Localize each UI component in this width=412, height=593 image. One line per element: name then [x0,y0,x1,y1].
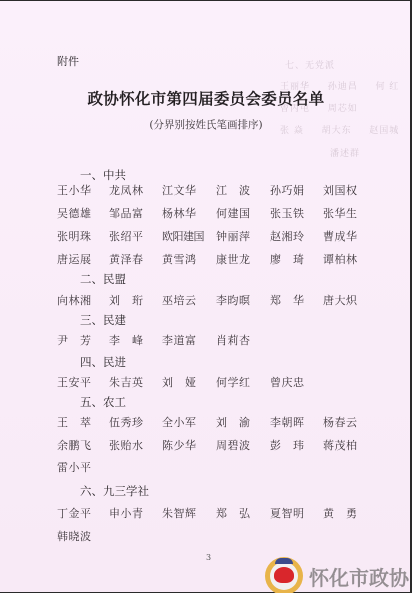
member-name: 陈少华 [162,437,197,453]
page-subtitle: (分界别按姓氏笔画排序) [0,117,412,132]
member-name: 李 峰 [109,332,144,348]
member-name: 郑 华 [270,292,305,308]
member-name: 江文华 [162,182,197,198]
member-name: 彭 玮 [270,437,305,453]
member-name: 廖 琦 [270,251,305,267]
member-name: 蒋茂柏 [323,437,358,453]
name-row: 尹 芳 李 峰 李道富 肖莉杏 [0,332,412,348]
attachment-label: 附件 [57,53,79,69]
member-name: 郑 弘 [216,505,251,521]
member-name: 刘 娅 [162,374,197,390]
scanned-page: 七、无党派 王丽华 孙迪昌 何 红 杨高棠 梁耀平 曾丙屯 周芯如 张 焱 胡大… [0,0,412,593]
name-row: 余鹏飞 张贻水 陈少华 周碧波 彭 玮 蒋茂柏 [0,437,412,453]
member-name: 邹品富 [109,205,144,221]
name-row: 向林湘 刘 珩 巫培云 李昀暝 郑 华 唐大炽 [0,292,412,308]
member-name: 谭柏林 [323,251,358,267]
member-name: 唐运展 [57,251,92,267]
member-name: 申小青 [109,505,144,521]
name-row: 王 萃 伍秀珍 全小军 刘 渝 李朝晖 杨春云 [0,414,412,430]
member-name: 孙巧娟 [270,182,305,198]
member-name: 肖莉杏 [216,332,251,348]
member-name: 张华生 [323,205,358,221]
member-name: 黄雪鸿 [162,251,197,267]
member-name: 余鹏飞 [57,437,92,453]
member-name: 龙凤林 [109,182,144,198]
member-name: 黄 勇 [323,505,358,521]
member-name: 何建国 [216,205,251,221]
member-name: 张玉铁 [270,205,305,221]
emblem-blue-top [275,558,293,564]
member-name: 刘 珩 [109,292,144,308]
member-name: 丁金平 [57,505,92,521]
member-name: 张明珠 [57,228,92,244]
page-title: 政协怀化市第四届委员会委员名单 [0,87,412,109]
section-heading-jiusan: 六、九三学社 [80,483,149,499]
member-name: 全小军 [162,414,197,430]
member-name: 王小华 [57,182,92,198]
member-name: 吴德雄 [57,205,92,221]
member-name: 李道富 [162,332,197,348]
member-name: 伍秀珍 [109,414,144,430]
member-name: 朱智辉 [162,505,197,521]
member-name: 尹 芳 [57,332,92,348]
emblem-red-center [274,567,294,583]
section-heading-minjin: 四、民进 [80,354,126,370]
member-name: 欧阳建国 [162,228,204,244]
name-row: 丁金平 申小青 朱智辉 郑 弘 夏智明 黄 勇 [0,505,412,521]
member-name: 周碧波 [216,437,251,453]
member-name: 何学红 [216,374,251,390]
name-row: 韩晓波 [0,528,412,544]
member-name: 曾庆忠 [270,374,305,390]
section-heading-zhonggong: 一、中共 [80,167,126,183]
member-name: 赵湘玲 [270,228,305,244]
section-heading-minmeng: 二、民盟 [80,271,126,287]
member-name: 江 波 [216,182,251,198]
member-name: 雷小平 [57,459,92,475]
member-name: 王安平 [57,374,92,390]
member-name: 韩晓波 [57,528,92,544]
member-name: 李昀暝 [216,292,251,308]
member-name: 王 萃 [57,414,92,430]
member-name: 刘 渝 [216,414,251,430]
name-row: 吴德雄 邹品富 杨林华 何建国 张玉铁 张华生 [0,205,412,221]
member-name: 夏智明 [270,505,305,521]
member-name: 李朝晖 [270,414,305,430]
section-heading-nonggong: 五、农工 [80,394,126,410]
section-heading-minjian: 三、民建 [80,312,126,328]
member-name: 杨林华 [162,205,197,221]
name-row: 王小华 龙凤林 江文华 江 波 孙巧娟 刘国权 [0,182,412,198]
cppcc-emblem-icon [265,557,303,593]
bleed-through-heading: 七、无党派 [285,58,335,71]
name-row: 王安平 朱吉英 刘 娅 何学红 曾庆忠 [0,374,412,390]
name-row: 雷小平 [0,459,412,475]
member-name: 钟丽萍 [216,228,251,244]
member-name: 康世龙 [216,251,251,267]
member-name: 唐大炽 [323,292,358,308]
member-name: 曹成华 [323,228,358,244]
member-name: 刘国权 [323,182,358,198]
member-name: 巫培云 [162,292,197,308]
page-number: 3 [206,553,211,562]
name-row: 张明珠 张绍平 欧阳建国 钟丽萍 赵湘玲 曹成华 [0,228,412,244]
watermark-text: 怀化市政协 [309,562,409,591]
member-name: 张绍平 [109,228,144,244]
member-name: 朱吉英 [109,374,144,390]
member-name: 张贻水 [109,437,144,453]
member-name: 黄泽春 [109,251,144,267]
member-name: 向林湘 [57,292,92,308]
member-name: 杨春云 [323,414,358,430]
name-row: 唐运展 黄泽春 黄雪鸿 康世龙 廖 琦 谭柏林 [0,251,412,267]
bleed-through-line: 潘述群 [330,146,360,159]
